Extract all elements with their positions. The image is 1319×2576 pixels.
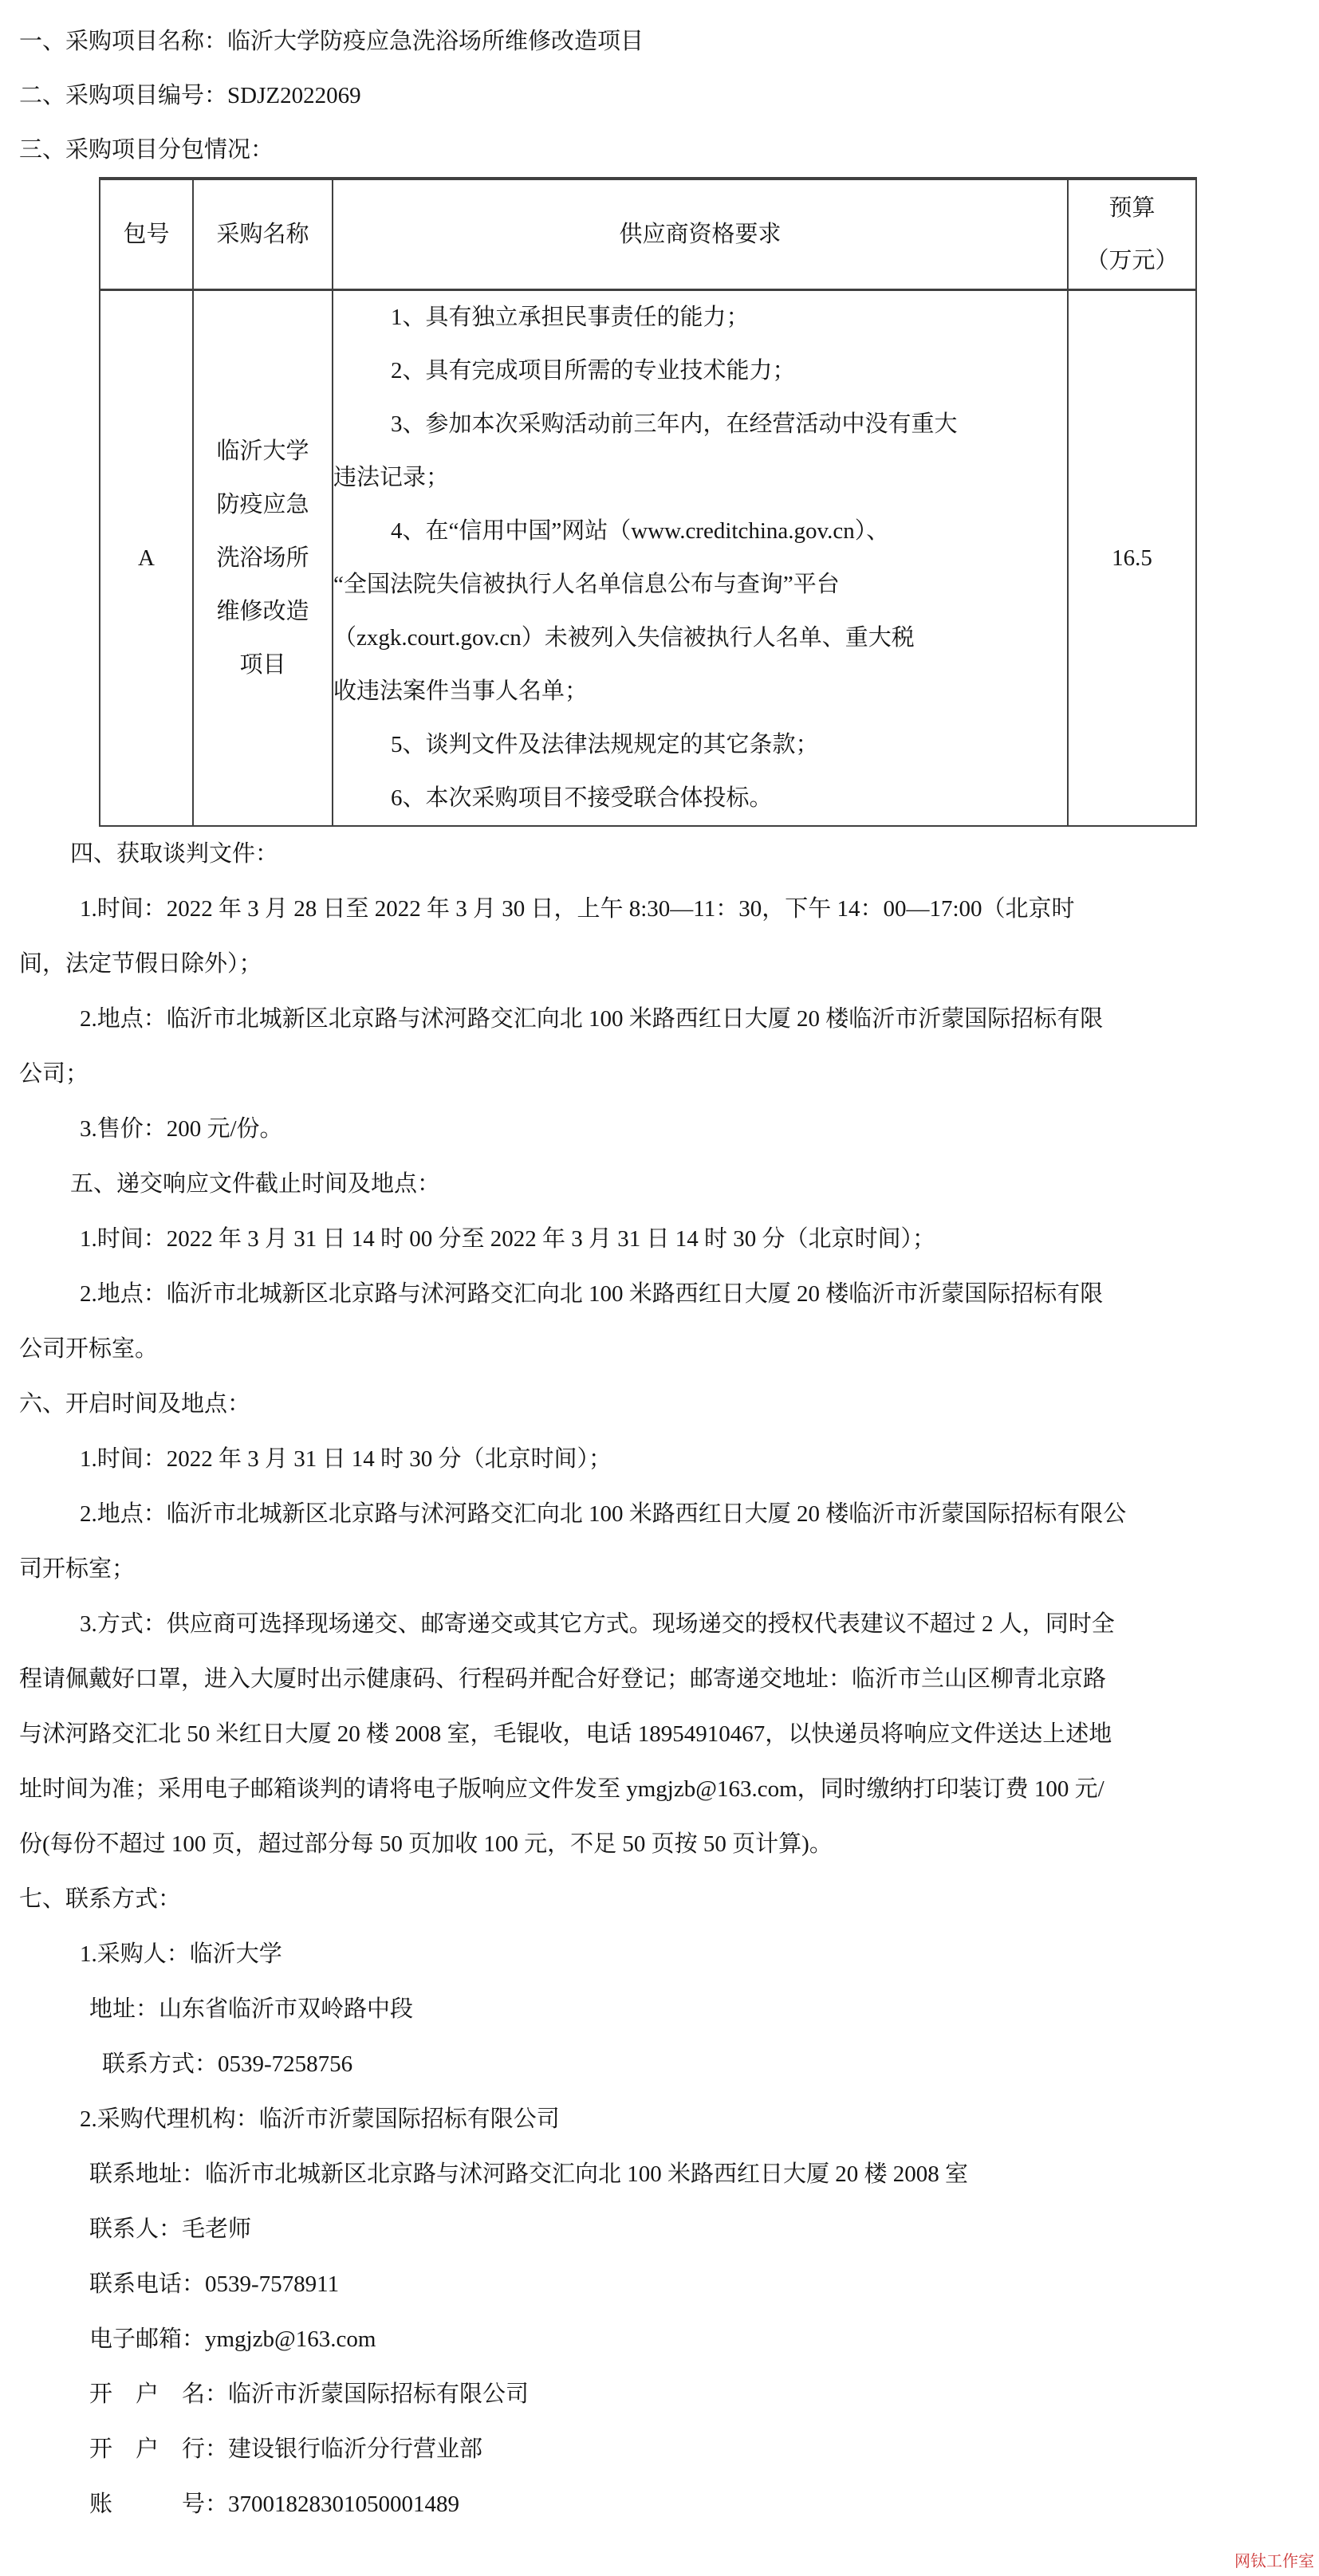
section5-place-wrap-line: 公司开标室。 (19, 1322, 1300, 1377)
section7-title: 七、联系方式： (19, 1872, 1300, 1927)
account-bank-line: 开 户 行：建设银行临沂分行营业部 (19, 2422, 1300, 2477)
agency-address-line: 联系地址：临沂市北城新区北京路与沭河路交汇向北 100 米路西红日大厦 20 楼… (19, 2147, 1300, 2202)
section6-place-wrap-line: 司开标室； (19, 1542, 1300, 1597)
section4-price-line: 3.售价：200 元/份。 (19, 1102, 1300, 1157)
table-row: A 临沂大学 防疫应急 洗浴场所 维修改造 项目 1、具有独立承担民事责任的能力… (100, 290, 1196, 827)
agency-email-line: 电子邮箱：ymgjzb@163.com (19, 2312, 1300, 2367)
section6-place-line: 2.地点：临沂市北城新区北京路与沭河路交汇向北 100 米路西红日大厦 20 楼… (19, 1487, 1300, 1542)
project-number-line: 二、采购项目编号：SDJZ2022069 (19, 69, 1300, 123)
section4-place-line: 2.地点：临沂市北城新区北京路与沭河路交汇向北 100 米路西红日大厦 20 楼… (19, 992, 1300, 1047)
section6-time-line: 1.时间：2022 年 3 月 31 日 14 时 30 分（北京时间）； (19, 1432, 1300, 1487)
header-budget-line2: （万元） (1069, 234, 1195, 287)
section5-place-line: 2.地点：临沂市北城新区北京路与沭河路交汇向北 100 米路西红日大厦 20 楼… (19, 1267, 1300, 1322)
section-submission-deadline: 五、递交响应文件截止时间及地点： 1.时间：2022 年 3 月 31 日 14… (19, 1157, 1300, 1377)
qualification-line: （zxgk.court.gov.cn）未被列入失信被执行人名单、重大税 (333, 612, 1067, 665)
header-budget: 预算 （万元） (1068, 179, 1196, 290)
qualification-line: 2、具有完成项目所需的专业技术能力； (333, 344, 1067, 398)
purchaser-phone-line: 联系方式：0539-7258756 (19, 2037, 1300, 2092)
purchase-name-line: 洗浴场所 (194, 532, 332, 585)
section6-method-wrap-line: 程请佩戴好口罩，进入大厦时出示健康码、行程码并配合好登记；邮寄递交地址：临沂市兰… (19, 1652, 1300, 1707)
header-package-no: 包号 (100, 179, 193, 290)
purchaser-line: 1.采购人：临沂大学 (19, 1927, 1300, 1982)
agency-phone-line: 联系电话：0539-7578911 (19, 2257, 1300, 2312)
document-body: 一、采购项目名称：临沂大学防疫应急洗浴场所维修改造项目 二、采购项目编号：SDJ… (0, 0, 1319, 2532)
qualification-line: 5、谈判文件及法律法规规定的其它条款； (333, 718, 1067, 772)
purchase-name-line: 防疫应急 (194, 478, 332, 532)
qualification-line: 4、在“信用中国”网站（www.creditchina.gov.cn）、 (333, 505, 1067, 558)
qualification-line: “全国法院失信被执行人名单信息公布与查询”平台 (333, 558, 1067, 612)
table-header-row: 包号 采购名称 供应商资格要求 预算 （万元） (100, 179, 1196, 290)
section-contact: 七、联系方式： 1.采购人：临沂大学 地址：山东省临沂市双岭路中段 联系方式：0… (19, 1872, 1300, 2532)
section6-method-wrap-line: 址时间为准；采用电子邮箱谈判的请将电子版响应文件发至 ymgjzb@163.co… (19, 1762, 1300, 1817)
section4-title: 四、获取谈判文件： (19, 827, 1300, 882)
agency-line: 2.采购代理机构：临沂市沂蒙国际招标有限公司 (19, 2092, 1300, 2147)
cell-qualifications: 1、具有独立承担民事责任的能力； 2、具有完成项目所需的专业技术能力； 3、参加… (333, 290, 1068, 827)
section-opening: 六、开启时间及地点： 1.时间：2022 年 3 月 31 日 14 时 30 … (19, 1377, 1300, 1872)
section5-time-line: 1.时间：2022 年 3 月 31 日 14 时 00 分至 2022 年 3… (19, 1212, 1300, 1267)
qualification-line: 6、本次采购项目不接受联合体投标。 (333, 772, 1067, 825)
header-supplier-qualifications: 供应商资格要求 (333, 179, 1068, 290)
section4-time-wrap-line: 间，法定节假日除外）； (19, 937, 1300, 992)
header-budget-line1: 预算 (1069, 182, 1195, 234)
purchaser-address-line: 地址：山东省临沂市双岭路中段 (19, 1982, 1300, 2037)
section6-method-line: 3.方式：供应商可选择现场递交、邮寄递交或其它方式。现场递交的授权代表建议不超过… (19, 1597, 1300, 1652)
cell-purchase-name: 临沂大学 防疫应急 洗浴场所 维修改造 项目 (193, 290, 333, 827)
section6-method-wrap-line: 与沭河路交汇北 50 米红日大厦 20 楼 2008 室，毛锟收，电话 1895… (19, 1707, 1300, 1762)
section4-time-line: 1.时间：2022 年 3 月 28 日至 2022 年 3 月 30 日，上午… (19, 882, 1300, 937)
section6-method-wrap-line: 份(每份不超过 100 页，超过部分每 50 页加收 100 元，不足 50 页… (19, 1817, 1300, 1872)
cell-budget: 16.5 (1068, 290, 1196, 827)
section-obtain-documents: 四、获取谈判文件： 1.时间：2022 年 3 月 28 日至 2022 年 3… (19, 827, 1300, 1157)
section4-place-wrap-line: 公司； (19, 1047, 1300, 1102)
qualification-line: 1、具有独立承担民事责任的能力； (333, 291, 1067, 344)
agency-contact-person-line: 联系人：毛老师 (19, 2202, 1300, 2257)
section5-title: 五、递交响应文件截止时间及地点： (19, 1157, 1300, 1212)
purchase-name-line: 临沂大学 (194, 425, 332, 478)
account-name-line: 开 户 名：临沂市沂蒙国际招标有限公司 (19, 2367, 1300, 2422)
qualification-line: 收违法案件当事人名单； (333, 665, 1067, 718)
qualification-line: 3、参加本次采购活动前三年内，在经营活动中没有重大 (333, 398, 1067, 451)
project-name-line: 一、采购项目名称：临沂大学防疫应急洗浴场所维修改造项目 (19, 14, 1300, 69)
section6-title: 六、开启时间及地点： (19, 1377, 1300, 1432)
packages-heading-line: 三、采购项目分包情况： (19, 123, 1300, 177)
packages-table: 包号 采购名称 供应商资格要求 预算 （万元） A 临沂大学 防疫应急 洗浴场所… (99, 177, 1197, 827)
purchase-name-line: 项目 (194, 639, 332, 692)
procurement-notice-page: { "page": { "watermark_text": "网钛工作室", "… (0, 0, 1319, 2576)
purchase-name-line: 维修改造 (194, 585, 332, 639)
qualification-line: 违法记录； (333, 451, 1067, 505)
account-number-line: 账 号：37001828301050001489 (19, 2477, 1300, 2532)
header-purchase-name: 采购名称 (193, 179, 333, 290)
cell-package-no: A (100, 290, 193, 827)
watermark: 网钛工作室 (1234, 2548, 1314, 2571)
